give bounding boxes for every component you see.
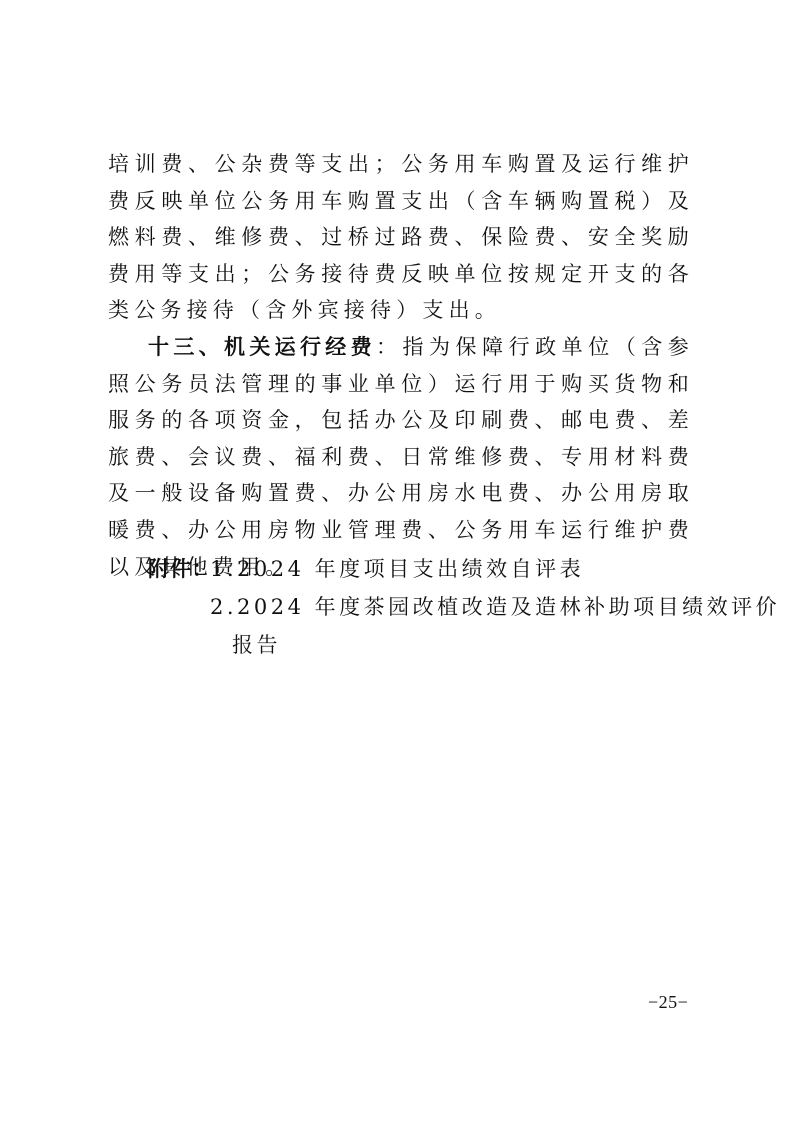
document-page: 培训费、公杂费等支出；公务用车购置及运行维护费反映单位公务用车购置支出（含车辆购…: [0, 0, 794, 1123]
attachment-title: 2024 年度茶园改植改造及造林补助项目绩效评价: [237, 595, 780, 619]
paragraph-official-expenses: 培训费、公杂费等支出；公务用车购置及运行维护费反映单位公务用车购置支出（含车辆购…: [108, 146, 694, 329]
section-heading: 十三、机关运行经费: [148, 334, 376, 359]
body-text: 培训费、公杂费等支出；公务用车购置及运行维护费反映单位公务用车购置支出（含车辆购…: [108, 146, 694, 585]
page-number: −25−: [648, 992, 688, 1013]
attachments-label: 附件：: [148, 550, 210, 588]
attachment-number: 2.: [210, 588, 237, 626]
paragraph-agency-operating-expenses: 十三、机关运行经费：指为保障行政单位（含参照公务员法管理的事业单位）运行用于购买…: [108, 329, 694, 585]
attachment-title: 2024 年度项目支出绩效自评表: [237, 557, 584, 581]
attachments-list: 附件：1.2024 年度项目支出绩效自评表 2.2024 年度茶园改植改造及造林…: [148, 550, 708, 664]
section-body: ：指为保障行政单位（含参照公务员法管理的事业单位）运行用于购买货物和服务的各项资…: [108, 335, 694, 579]
attachment-item-2-continuation: 报告: [148, 626, 708, 664]
attachment-number: 1.: [210, 550, 237, 588]
attachment-item-2: 2.2024 年度茶园改植改造及造林补助项目绩效评价: [148, 588, 708, 626]
attachment-title-continuation: 报告: [232, 633, 281, 657]
attachment-item-1: 附件：1.2024 年度项目支出绩效自评表: [148, 550, 708, 588]
